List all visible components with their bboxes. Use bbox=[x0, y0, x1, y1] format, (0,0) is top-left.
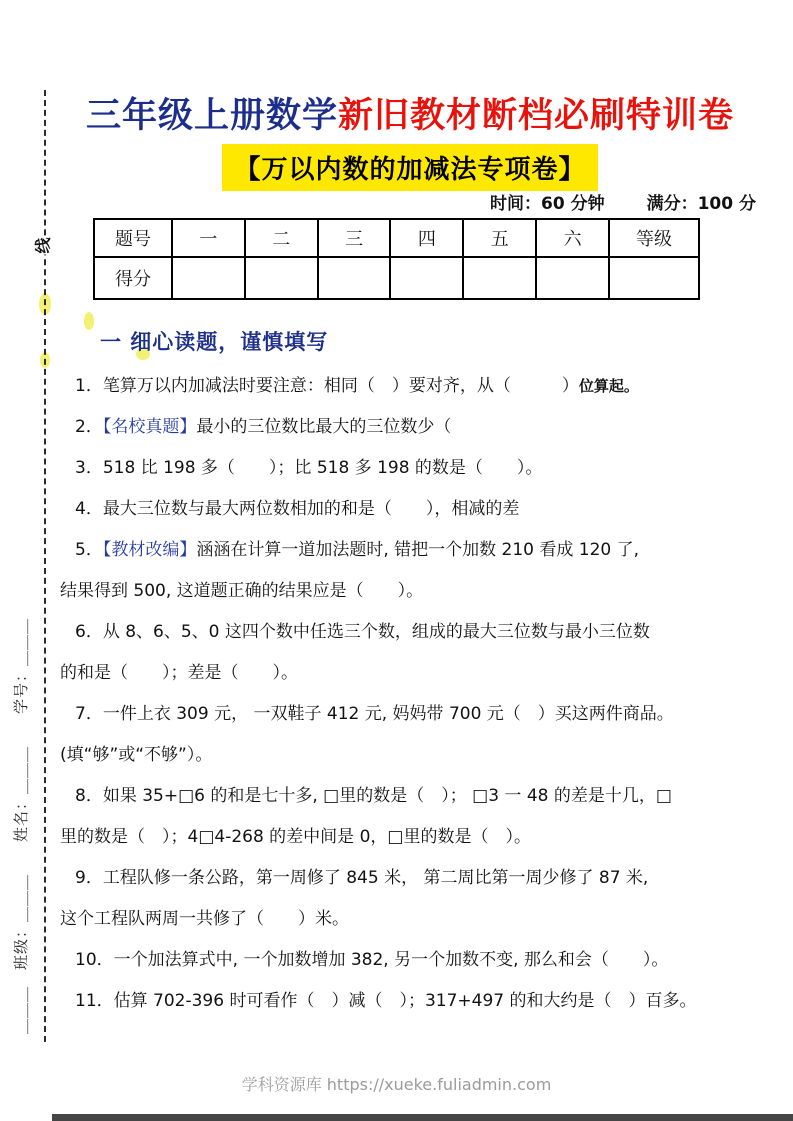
question-4: 4．最大三位数与最大两位数相加的和是（ ），相减的差 bbox=[60, 489, 760, 530]
score-empty-cell bbox=[318, 257, 391, 299]
question-6: 6．从 8、6、5、0 这四个数中任选三个数，组成的最大三位数与最小三位数 的和… bbox=[60, 612, 760, 694]
score-empty-cell bbox=[172, 257, 245, 299]
score-table-header-cell: 一 bbox=[172, 219, 245, 257]
score-table-header-cell: 二 bbox=[245, 219, 318, 257]
binding-line-label: 线 bbox=[27, 236, 58, 254]
score-table-header-cell: 三 bbox=[318, 219, 391, 257]
score-row-label: 得分 bbox=[94, 257, 172, 299]
question-text: 6．从 8、6、5、0 这四个数中任选三个数，组成的最大三位数与最小三位数 的和… bbox=[60, 622, 650, 683]
question-text: 10．一个加法算式中, 一个加数增加 382, 另一个加数不变, 那么和会（ ）… bbox=[75, 950, 668, 970]
question-8: 8．如果 35+□6 的和是七十多, □里的数是（ ）； □3 一 48 的差是… bbox=[60, 776, 760, 858]
question-7: 7．一件上衣 309 元， 一双鞋子 412 元, 妈妈带 700 元（ ）买这… bbox=[60, 694, 760, 776]
page-title-red-part: 新旧教材断档必刷特训卷 bbox=[338, 96, 734, 136]
page-title-blue-part: 三年级上册数学 bbox=[86, 96, 338, 136]
score-empty-cell bbox=[609, 257, 699, 299]
score-table-header-cell: 六 bbox=[536, 219, 609, 257]
page-title: 三年级上册数学新旧教材断档必刷特训卷 bbox=[60, 88, 760, 138]
subtitle-highlight: 【万以内数的加减法专项卷】 bbox=[222, 144, 597, 191]
question-text: 4．最大三位数与最大两位数相加的和是（ ），相减的差 bbox=[75, 499, 519, 519]
score-empty-cell bbox=[536, 257, 609, 299]
score-empty-cell bbox=[463, 257, 536, 299]
question-2: 2．【名校真题】最小的三位数比最大的三位数少（ bbox=[60, 407, 760, 448]
question-10: 10．一个加法算式中, 一个加数增加 382, 另一个加数不变, 那么和会（ ）… bbox=[60, 940, 760, 981]
question-text: 最小的三位数比最大的三位数少（ bbox=[196, 417, 451, 437]
score-empty-cell bbox=[245, 257, 318, 299]
question-text: 7．一件上衣 309 元， 一双鞋子 412 元, 妈妈带 700 元（ ）买这… bbox=[60, 704, 674, 765]
question-text: 11．估算 702-396 时可看作（ ）减（ ）；317+497 的和大约是（… bbox=[75, 991, 697, 1011]
question-text: 9．工程队修一条公路，第一周修了 845 米， 第二周比第一周少修了 87 米,… bbox=[60, 868, 648, 929]
question-1: 1．笔算万以内加减法时要注意：相同（ ）要对齐，从（ ）位算起。 bbox=[60, 366, 760, 407]
bottom-edge-bar bbox=[52, 1114, 793, 1121]
binding-dashed-line bbox=[44, 90, 46, 1042]
question-tag: 【名校真题】 bbox=[103, 417, 197, 437]
score-table: 题号一二三四五六等级得分 bbox=[93, 218, 700, 300]
question-11: 11．估算 702-396 时可看作（ ）减（ ）；317+497 的和大约是（… bbox=[60, 981, 760, 1022]
section-heading: 一 细心读题，谨慎填写 bbox=[100, 326, 760, 356]
score-table-header-cell: 等级 bbox=[609, 219, 699, 257]
footer-watermark: 学科资源库 https://xueke.fuliadmin.com bbox=[0, 1072, 793, 1095]
exam-meta: 时间：60 分钟满分：100 分 bbox=[60, 189, 760, 214]
question-text: 1．笔算万以内加减法时要注意：相同（ ）要对齐，从（ ） bbox=[75, 376, 579, 396]
worksheet-content: 三年级上册数学新旧教材断档必刷特训卷 【万以内数的加减法专项卷】 时间：60 分… bbox=[60, 70, 760, 1022]
exam-full-score: 满分：100 分 bbox=[647, 194, 756, 214]
exam-time: 时间：60 分钟 bbox=[490, 194, 605, 214]
subtitle-row: 【万以内数的加减法专项卷】 bbox=[60, 144, 760, 191]
question-text: 8．如果 35+□6 的和是七十多, □里的数是（ ）； □3 一 48 的差是… bbox=[60, 786, 672, 847]
question-text: 3．518 比 198 多（ ）；比 518 多 198 的数是（ ）。 bbox=[75, 458, 542, 478]
question-text: 2． bbox=[75, 417, 103, 437]
question-tag: 【教材改编】 bbox=[103, 540, 197, 560]
questions-list: 1．笔算万以内加减法时要注意：相同（ ）要对齐，从（ ）位算起。2．【名校真题】… bbox=[60, 366, 760, 1022]
question-text: 5． bbox=[75, 540, 103, 560]
score-table-header-cell: 题号 bbox=[94, 219, 172, 257]
student-info-margin-labels: ＿＿＿ 班级：＿＿＿ 姓名：＿＿＿ 学号：＿＿＿ bbox=[10, 334, 31, 1034]
score-table-header-cell: 四 bbox=[390, 219, 463, 257]
question-9: 9．工程队修一条公路，第一周修了 845 米， 第二周比第一周少修了 87 米,… bbox=[60, 858, 760, 940]
score-table-header-cell: 五 bbox=[463, 219, 536, 257]
score-empty-cell bbox=[390, 257, 463, 299]
question-5: 5．【教材改编】涵涵在计算一道加法题时, 错把一个加数 210 看成 120 了… bbox=[60, 530, 760, 612]
question-3: 3．518 比 198 多（ ）；比 518 多 198 的数是（ ）。 bbox=[60, 448, 760, 489]
question-text: 位算起。 bbox=[579, 377, 639, 395]
